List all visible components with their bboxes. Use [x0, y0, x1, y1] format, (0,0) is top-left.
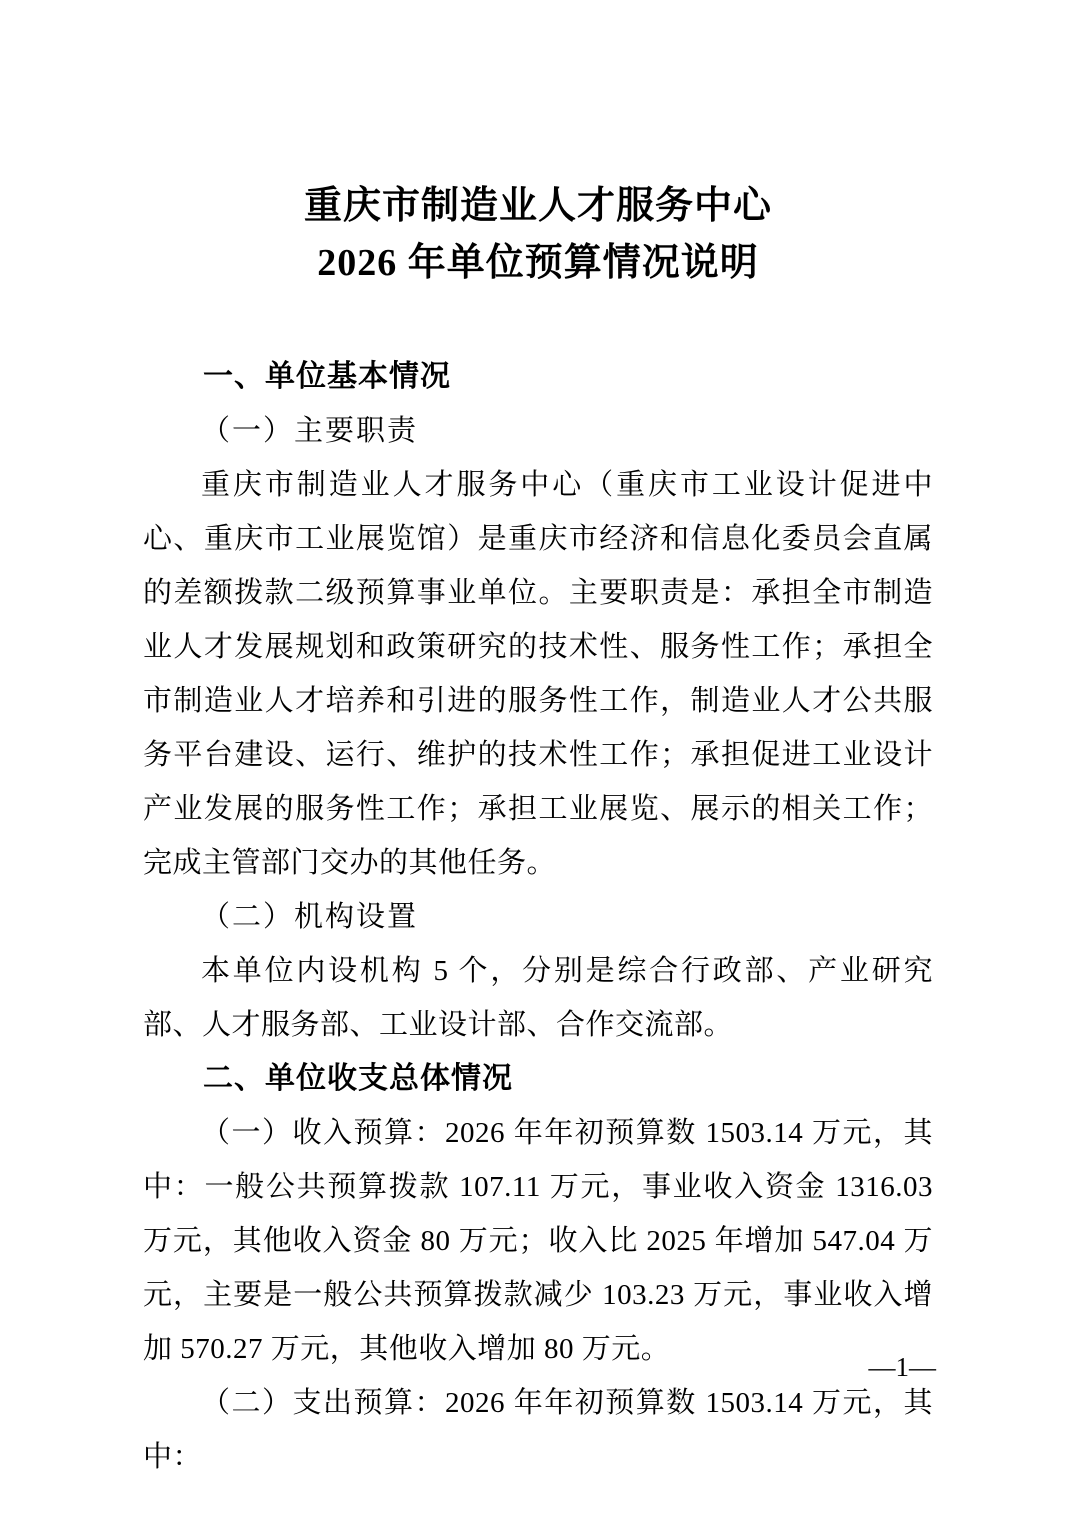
subsection-heading-org-structure: （二）机构设置: [143, 890, 933, 944]
paragraph-expenditure-budget: （二）支出预算：2026 年年初预算数 1503.14 万元，其中：: [143, 1376, 933, 1484]
paragraph-org-structure: 本单位内设机构 5 个，分别是综合行政部、产业研究部、人才服务部、工业设计部、合…: [143, 944, 933, 1052]
paragraph-revenue-budget: （一）收入预算：2026 年年初预算数 1503.14 万元，其中：一般公共预算…: [143, 1106, 933, 1376]
section-heading-revenue-expenditure: 二、单位收支总体情况: [143, 1052, 933, 1106]
paragraph-main-duties: 重庆市制造业人才服务中心（重庆市工业设计促进中心、重庆市工业展览馆）是重庆市经济…: [143, 458, 933, 890]
section-heading-basic-info: 一、单位基本情况: [143, 350, 933, 404]
page-number: —1—: [869, 1352, 937, 1383]
document-page: 重庆市制造业人才服务中心 2026 年单位预算情况说明 一、单位基本情况 （一）…: [0, 0, 1074, 1520]
document-title-block: 重庆市制造业人才服务中心 2026 年单位预算情况说明: [143, 178, 933, 292]
document-content: 重庆市制造业人才服务中心 2026 年单位预算情况说明 一、单位基本情况 （一）…: [143, 178, 933, 1484]
doc-title-line2: 2026 年单位预算情况说明: [143, 235, 933, 292]
doc-title-line1: 重庆市制造业人才服务中心: [143, 178, 933, 235]
subsection-heading-main-duties: （一）主要职责: [143, 404, 933, 458]
